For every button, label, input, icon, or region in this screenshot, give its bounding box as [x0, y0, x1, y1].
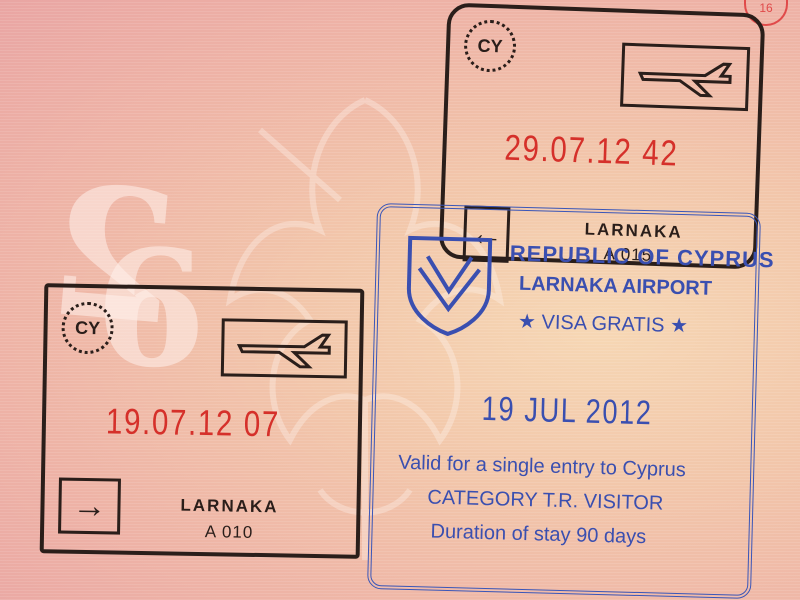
entry-arrow-icon: →	[58, 478, 121, 535]
visa-validity: Valid for a single entry to Cyprus	[398, 452, 686, 483]
visa-airport: LARNAKA AIRPORT	[519, 273, 712, 301]
visa-stamp: REPUBLIC OF CYPRUS LARNAKA AIRPORT ★ VIS…	[367, 203, 761, 599]
stamp-date: 19.07.12 07	[106, 400, 281, 445]
stamp-date: 29.07.12 42	[504, 127, 679, 175]
visa-duration: Duration of stay 90 days	[430, 521, 646, 550]
visa-category: CATEGORY T.R. VISITOR	[427, 486, 664, 515]
visa-type: ★ VISA GRATIS ★	[518, 309, 689, 338]
entry-stamp: CY 19.07.12 07 → LARNAKA A 010	[40, 283, 365, 559]
stamp-code: A 010	[164, 521, 294, 543]
passport-page: 2 6 16 CY 29.07.12 42 ← LARNAKA A 015 CY…	[0, 0, 800, 600]
airplane-icon	[221, 318, 348, 378]
stamp-place: LARNAKA	[164, 495, 294, 517]
visa-republic: REPUBLIC OF CYPRUS	[510, 241, 776, 274]
cyprus-emblem-icon	[398, 228, 501, 341]
eu-country-badge: CY	[61, 302, 114, 355]
airplane-icon	[620, 43, 750, 111]
visa-date: 19 JUL 2012	[481, 390, 653, 433]
eu-country-badge: CY	[463, 19, 517, 73]
